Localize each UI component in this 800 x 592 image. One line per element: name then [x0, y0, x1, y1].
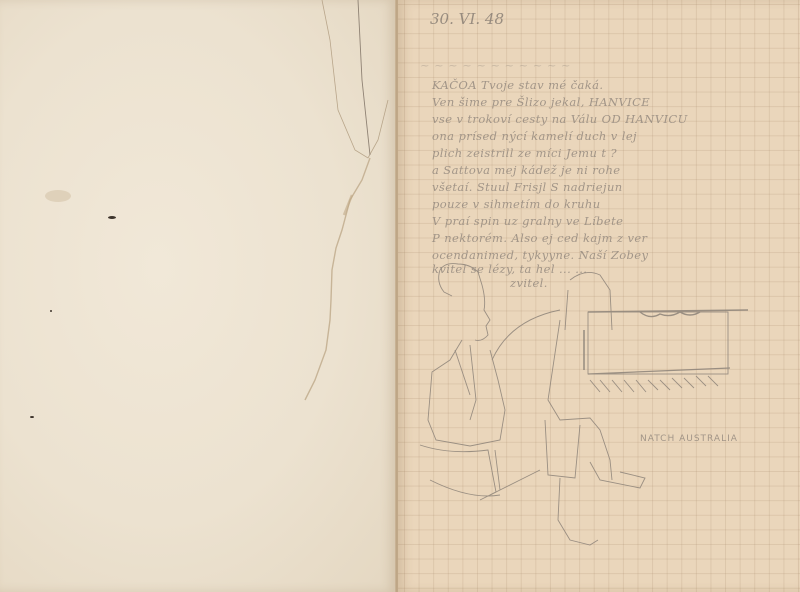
handwritten-line: pouze v sihmetím do kruhu — [432, 197, 601, 211]
handwritten-line: vse v trokoví cesty na Válu OD HANVICU — [432, 112, 688, 126]
ink-speck — [30, 416, 34, 418]
tear-and-crease — [0, 0, 400, 592]
entry-date: 30. VI. 48 — [430, 10, 504, 28]
handwritten-line: všetaí. Stuul Frisjl S nadriejun — [432, 180, 623, 194]
handwritten-line: plich zeistrill ze míci Jemu t ? — [432, 146, 617, 160]
handwritten-line: ~ ~ ~ ~ ~ ~ ~ ~ ~ ~ ~ — [420, 58, 571, 72]
handwritten-line: ona prísed nýcí kamelí duch v lej — [432, 129, 637, 143]
ink-speck — [50, 310, 52, 312]
notebook-spread: 30. VI. 48 ~ ~ ~ ~ ~ ~ ~ ~ ~ ~ ~ KAČOA T… — [0, 0, 800, 592]
sketch-caption: NATCH AUSTRALIA — [640, 434, 738, 444]
ink-speck — [108, 216, 116, 219]
handwritten-line: V praí spin uz gralny ve Líbete — [432, 214, 623, 228]
handwritten-line: P nektorém. Also ej ced kajm z ver — [432, 231, 647, 245]
handwritten-line: KAČOA Tvoje stav mé čaká. — [432, 78, 603, 92]
stain — [45, 190, 71, 202]
handwritten-line: a Sattova mej kádež je ni rohe — [432, 163, 620, 177]
handwritten-line: Ven šime pre Šlizo jekal, HANVICE — [432, 95, 650, 109]
pencil-sketch — [398, 250, 800, 592]
